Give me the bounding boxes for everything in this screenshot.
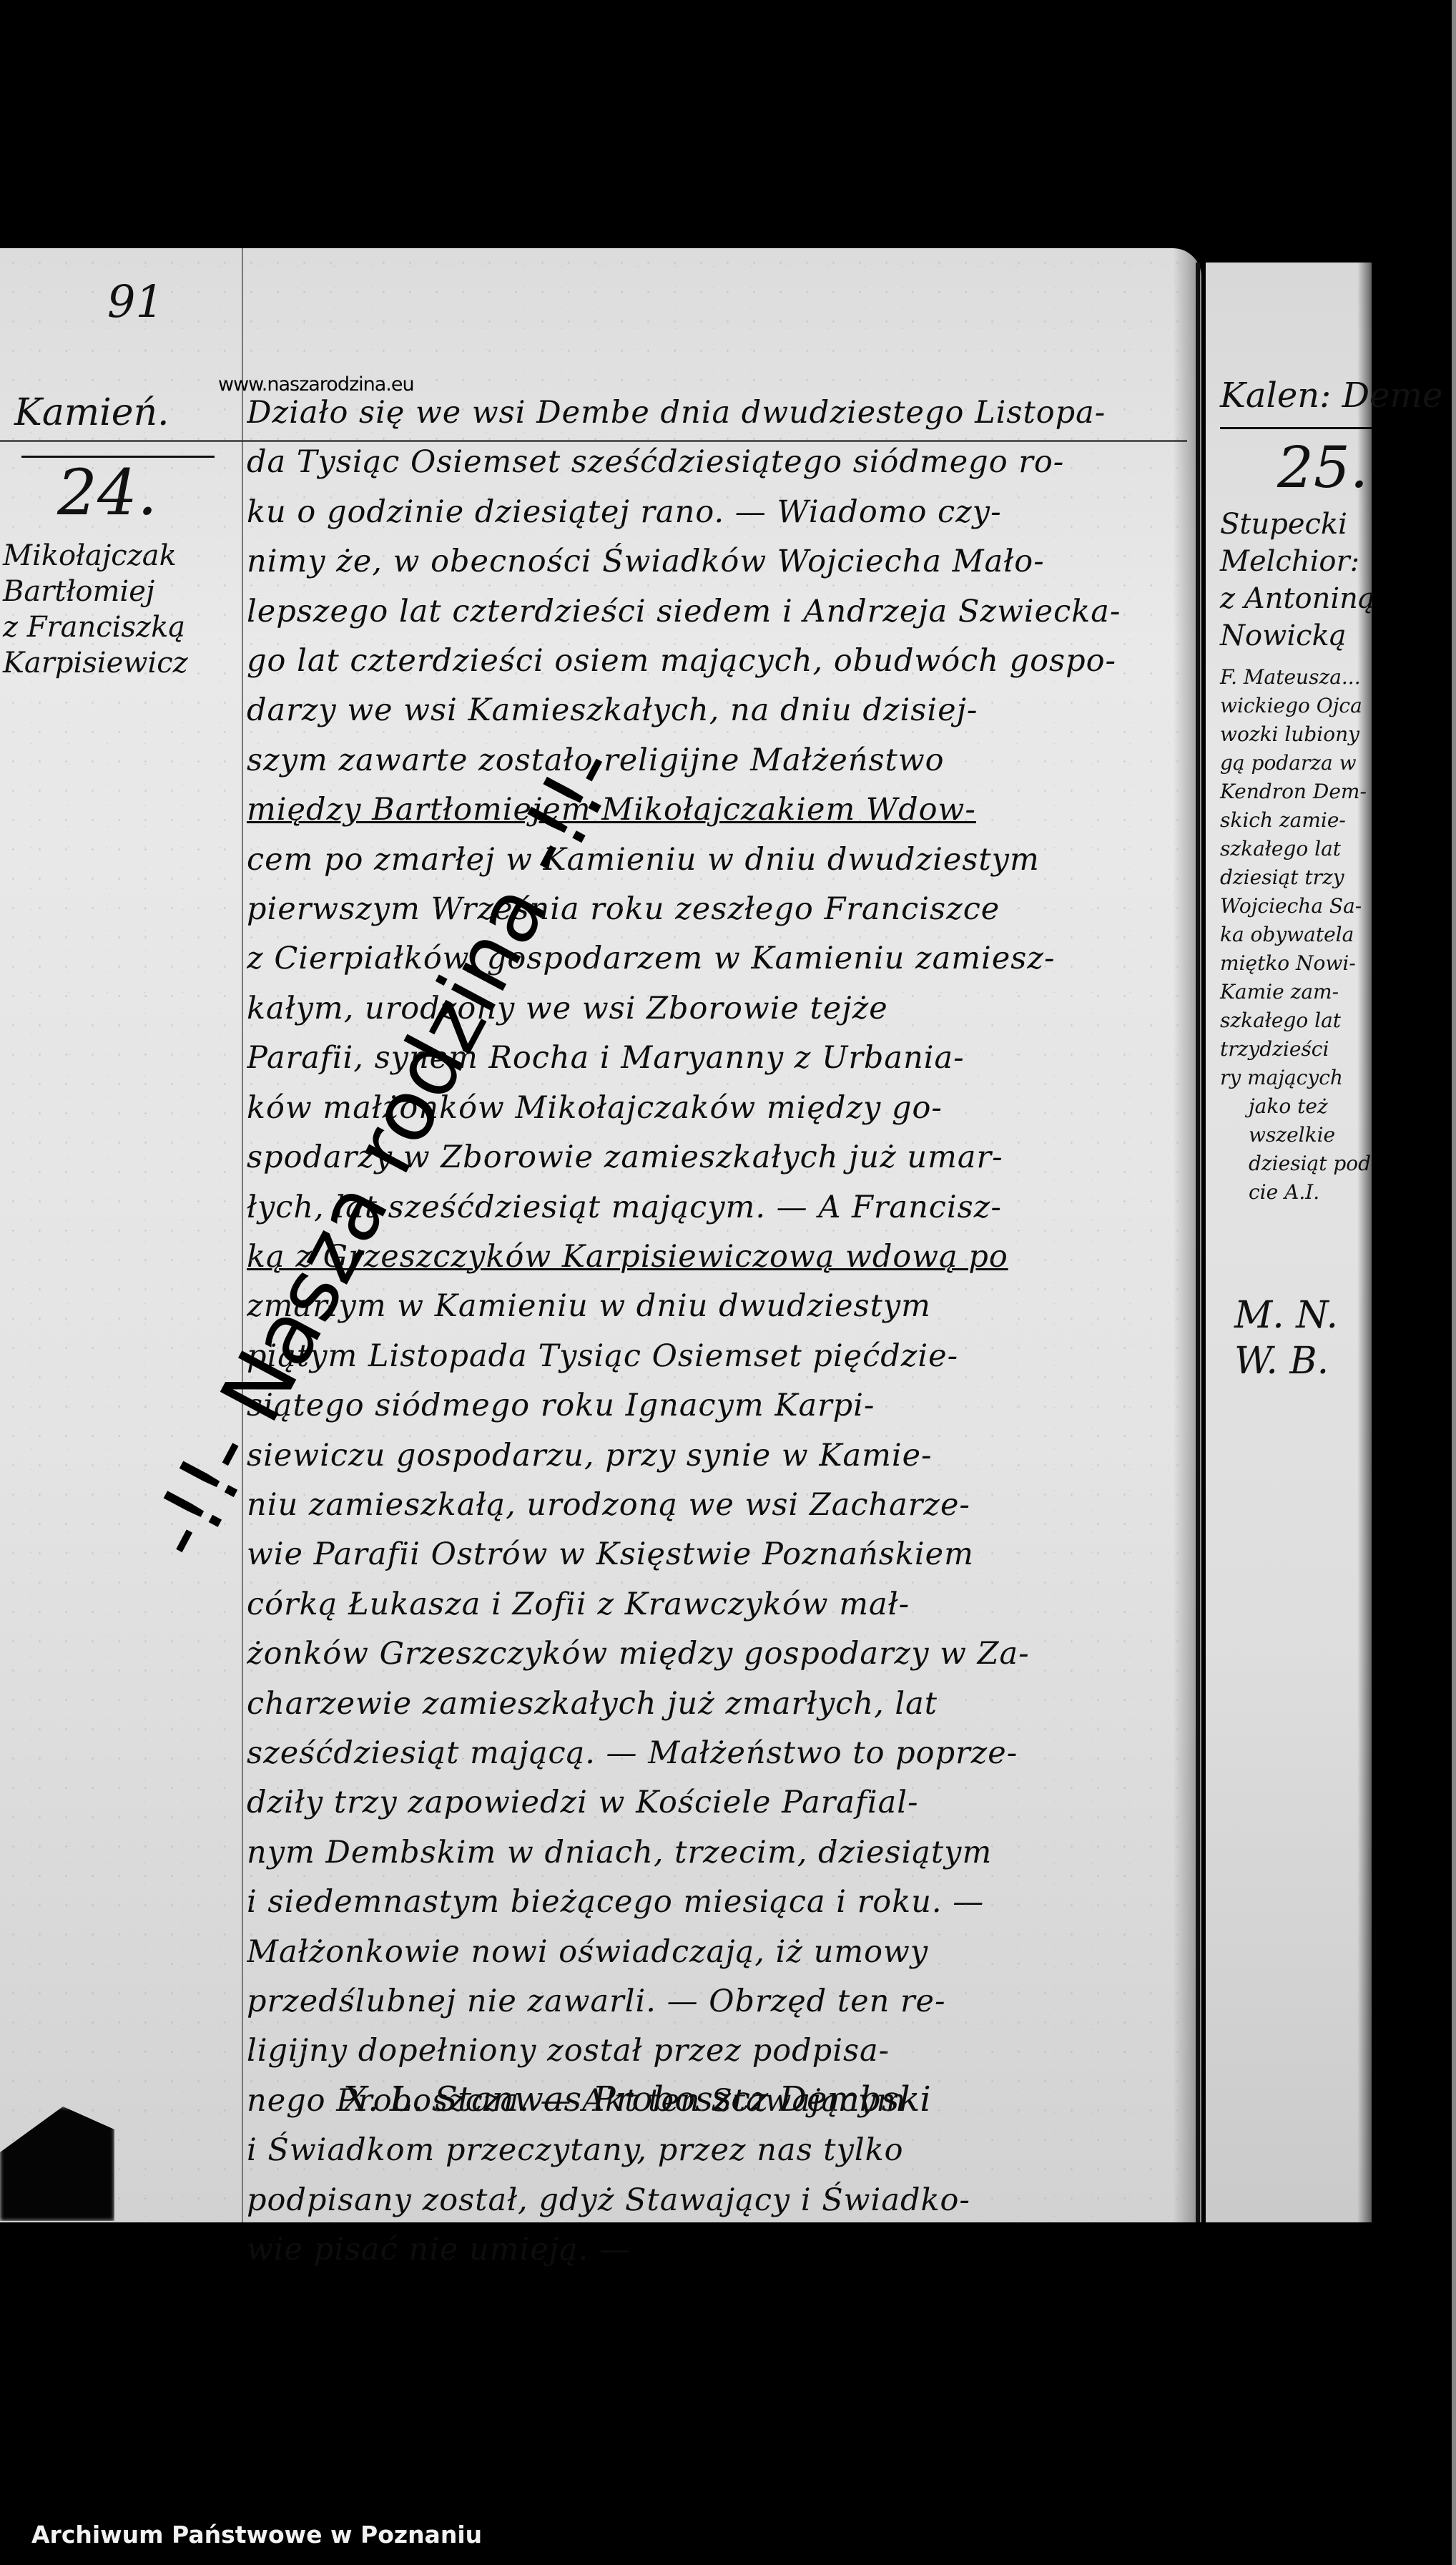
body-line: cem po zmarłej w Kamieniu w dniu dwudzie… xyxy=(247,835,1191,885)
entry-names: Mikołajczak Bartłomiej z Franciszką Karp… xyxy=(3,538,239,681)
body-line: charzewie zamieszkałych już zmarłych, la… xyxy=(247,1679,1191,1729)
body-line-groom: między Bartłomiejem Mikołajczakiem Wdow- xyxy=(247,785,1191,835)
note-line: ry mających xyxy=(1220,1064,1371,1092)
body-line: i siedemnastym bieżącego miesiąca i roku… xyxy=(247,1878,1191,1927)
body-line: przedślubnej nie zawarli. — Obrzęd ten r… xyxy=(247,1977,1191,2026)
note-line: trzydzieści xyxy=(1220,1035,1371,1064)
body-line: siewiczu gospodarzu, przy synie w Kamie- xyxy=(247,1431,1191,1481)
body-line: szym zawarte zostało religijne Małżeństw… xyxy=(247,736,1191,785)
entry-name-line: Karpisiewicz xyxy=(3,645,239,681)
body-line: piątym Listopada Tysiąc Osiemset pięćdzi… xyxy=(247,1332,1191,1381)
body-line: pierwszym Września roku zeszłego Francis… xyxy=(247,885,1191,934)
body-line: kałym, urodzony we wsi Zborowie tejże xyxy=(247,984,1191,1034)
record-body: Działo się we wsi Dembe dnia dwudziesteg… xyxy=(247,388,1191,2275)
body-line: z Cierpiałków, gospodarzem w Kamieniu za… xyxy=(247,934,1191,984)
note-line: ka obywatela xyxy=(1220,921,1371,949)
note-line: szkałego lat xyxy=(1220,1006,1371,1035)
adjacent-name-line: z Antoniną xyxy=(1220,580,1375,617)
adjacent-entry-number: 25. xyxy=(1277,434,1368,501)
archive-caption: Archiwum Państwowe w Poznaniu xyxy=(31,2521,482,2549)
vertical-scrollbar[interactable] xyxy=(1452,0,1456,2565)
adjacent-name-line: Nowicką xyxy=(1220,617,1375,654)
village-heading: Kamień. xyxy=(14,391,169,434)
note-line: wszelkie xyxy=(1220,1121,1371,1149)
body-line: i Świadkom przeczytany, przez nas tylko xyxy=(247,2126,1191,2175)
register-page: 91 Kamień. 24. Mikołajczak Bartłomiej z … xyxy=(0,248,1201,2222)
body-line: wie Parafii Ostrów w Księstwie Poznański… xyxy=(247,1530,1191,1579)
note-line: dziesiąt trzy xyxy=(1220,863,1371,892)
initials-line: M. N. xyxy=(1234,1293,1338,1338)
body-line: żonków Grzeszczyków między gospodarzy w … xyxy=(247,1629,1191,1679)
note-line: jako też xyxy=(1220,1092,1371,1121)
initials-line: W. B. xyxy=(1234,1338,1338,1384)
note-line: dziesiąt pod xyxy=(1220,1149,1371,1178)
body-line: wie pisać nie umieją. — xyxy=(247,2225,1191,2275)
adjacent-village-heading: Kalen: Deme xyxy=(1220,376,1442,416)
note-line: cie A.I. xyxy=(1220,1178,1371,1207)
note-line: gą podarza w xyxy=(1220,749,1371,778)
body-line: dziły trzy zapowiedzi w Kościele Parafia… xyxy=(247,1778,1191,1828)
adjacent-name-line: Melchior: xyxy=(1220,543,1375,580)
body-line: darzy we wsi Kamieszkałych, na dniu dzis… xyxy=(247,686,1191,735)
adjacent-entry-names: Stupecki Melchior: z Antoniną Nowicką xyxy=(1220,506,1375,654)
note-line: szkałego lat xyxy=(1220,835,1371,863)
body-line: go lat czterdzieści osiem mających, obud… xyxy=(247,637,1191,686)
adjacent-heading-rule xyxy=(1220,427,1372,429)
body-line: ku o godzinie dziesiątej rano. — Wiadomo… xyxy=(247,488,1191,537)
body-line: córką Łukasza i Zofii z Krawczyków mał- xyxy=(247,1580,1191,1629)
note-line: Wojciecha Sa- xyxy=(1220,892,1371,921)
body-line: sześćdziesiąt mającą. — Małżeństwo to po… xyxy=(247,1729,1191,1778)
entry-number: 24. xyxy=(57,456,157,529)
body-line: podpisany został, gdyż Stawający i Świad… xyxy=(247,2176,1191,2225)
adjacent-page-shadow xyxy=(1357,263,1372,2222)
margin-rule xyxy=(242,248,243,2222)
body-line: nym Dembskim w dniach, trzecim, dziesiąt… xyxy=(247,1828,1191,1878)
document-viewer: 91 Kamień. 24. Mikołajczak Bartłomiej z … xyxy=(0,0,1452,2565)
website-watermark: www.naszarodzina.eu xyxy=(218,373,414,396)
note-line: skich zamie- xyxy=(1220,806,1371,835)
entry-name-line: Bartłomiej xyxy=(3,574,239,609)
note-line: wozki lubiony xyxy=(1220,720,1371,749)
body-line: lepszego lat czterdzieści siedem i Andrz… xyxy=(247,587,1191,637)
body-line: zmarłym w Kamieniu w dniu dwudziestym xyxy=(247,1282,1191,1331)
adjacent-notes: F. Mateusza... wickiego Ojca wozki lubio… xyxy=(1220,663,1371,1207)
entry-name-line: z Franciszką xyxy=(3,609,239,645)
body-line: nimy że, w obecności Świadków Wojciecha … xyxy=(247,537,1191,587)
adjacent-page: Kalen: Deme 25. Stupecki Melchior: z Ant… xyxy=(1206,263,1372,2222)
body-line: niu zamieszkałą, urodzoną we wsi Zacharz… xyxy=(247,1481,1191,1530)
note-line: miętko Nowi- xyxy=(1220,949,1371,978)
note-line: F. Mateusza... xyxy=(1220,663,1371,692)
page-number: 91 xyxy=(107,275,164,328)
body-line: siątego siódmego roku Ignacym Karpi- xyxy=(247,1381,1191,1431)
right-page-rule xyxy=(1196,263,1200,2222)
body-line: ligijny dopełniony został przez podpisa- xyxy=(247,2026,1191,2076)
note-line: wickiego Ojca xyxy=(1220,692,1371,720)
body-line: da Tysiąc Osiemset sześćdziesiątego siód… xyxy=(247,438,1191,487)
adjacent-name-line: Stupecki xyxy=(1220,506,1375,543)
adjacent-initials: M. N. W. B. xyxy=(1234,1293,1338,1384)
note-line: Kendron Dem- xyxy=(1220,778,1371,806)
note-line: Kamie zam- xyxy=(1220,978,1371,1006)
body-line: Małżonkowie nowi oświadczają, iż umowy xyxy=(247,1928,1191,1977)
body-line: Działo się we wsi Dembe dnia dwudziesteg… xyxy=(247,388,1191,438)
entry-name-line: Mikołajczak xyxy=(3,538,239,574)
priest-signature: X. L. Stanwas Proboszcz Dembski xyxy=(343,2079,931,2119)
